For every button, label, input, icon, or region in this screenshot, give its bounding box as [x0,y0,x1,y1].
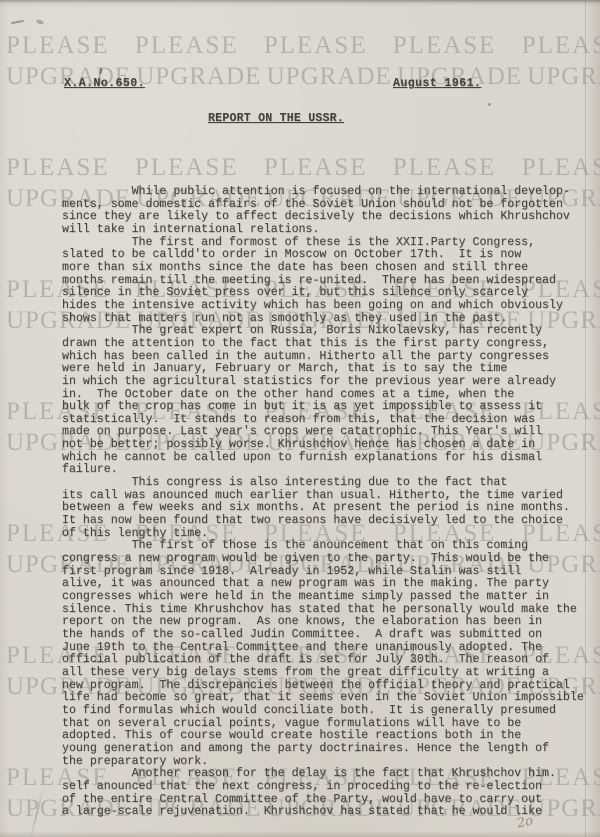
paper-crease [29,787,44,837]
document-title: REPORT ON THE USSR. [208,112,344,125]
document-body: While public attention is focused on the… [62,186,584,819]
scanned-document-page: PLEASE PLEASE PLEASE PLEASE PLEASE UPGRA… [0,0,600,837]
document-reference-number: X.A.No.650. [64,77,145,90]
handwritten-page-number: 2o [516,813,535,831]
pencil-mark [11,20,24,24]
pencil-mark [99,68,102,74]
watermark-please-line: PLEASE PLEASE PLEASE PLEASE PLEASE [6,152,600,183]
ink-speck [488,103,491,106]
document-date: August 1961. [393,77,481,90]
watermark-please-line: PLEASE PLEASE PLEASE PLEASE PLEASE [6,30,600,61]
page-edge-line [585,0,586,837]
pencil-mark [36,19,45,25]
